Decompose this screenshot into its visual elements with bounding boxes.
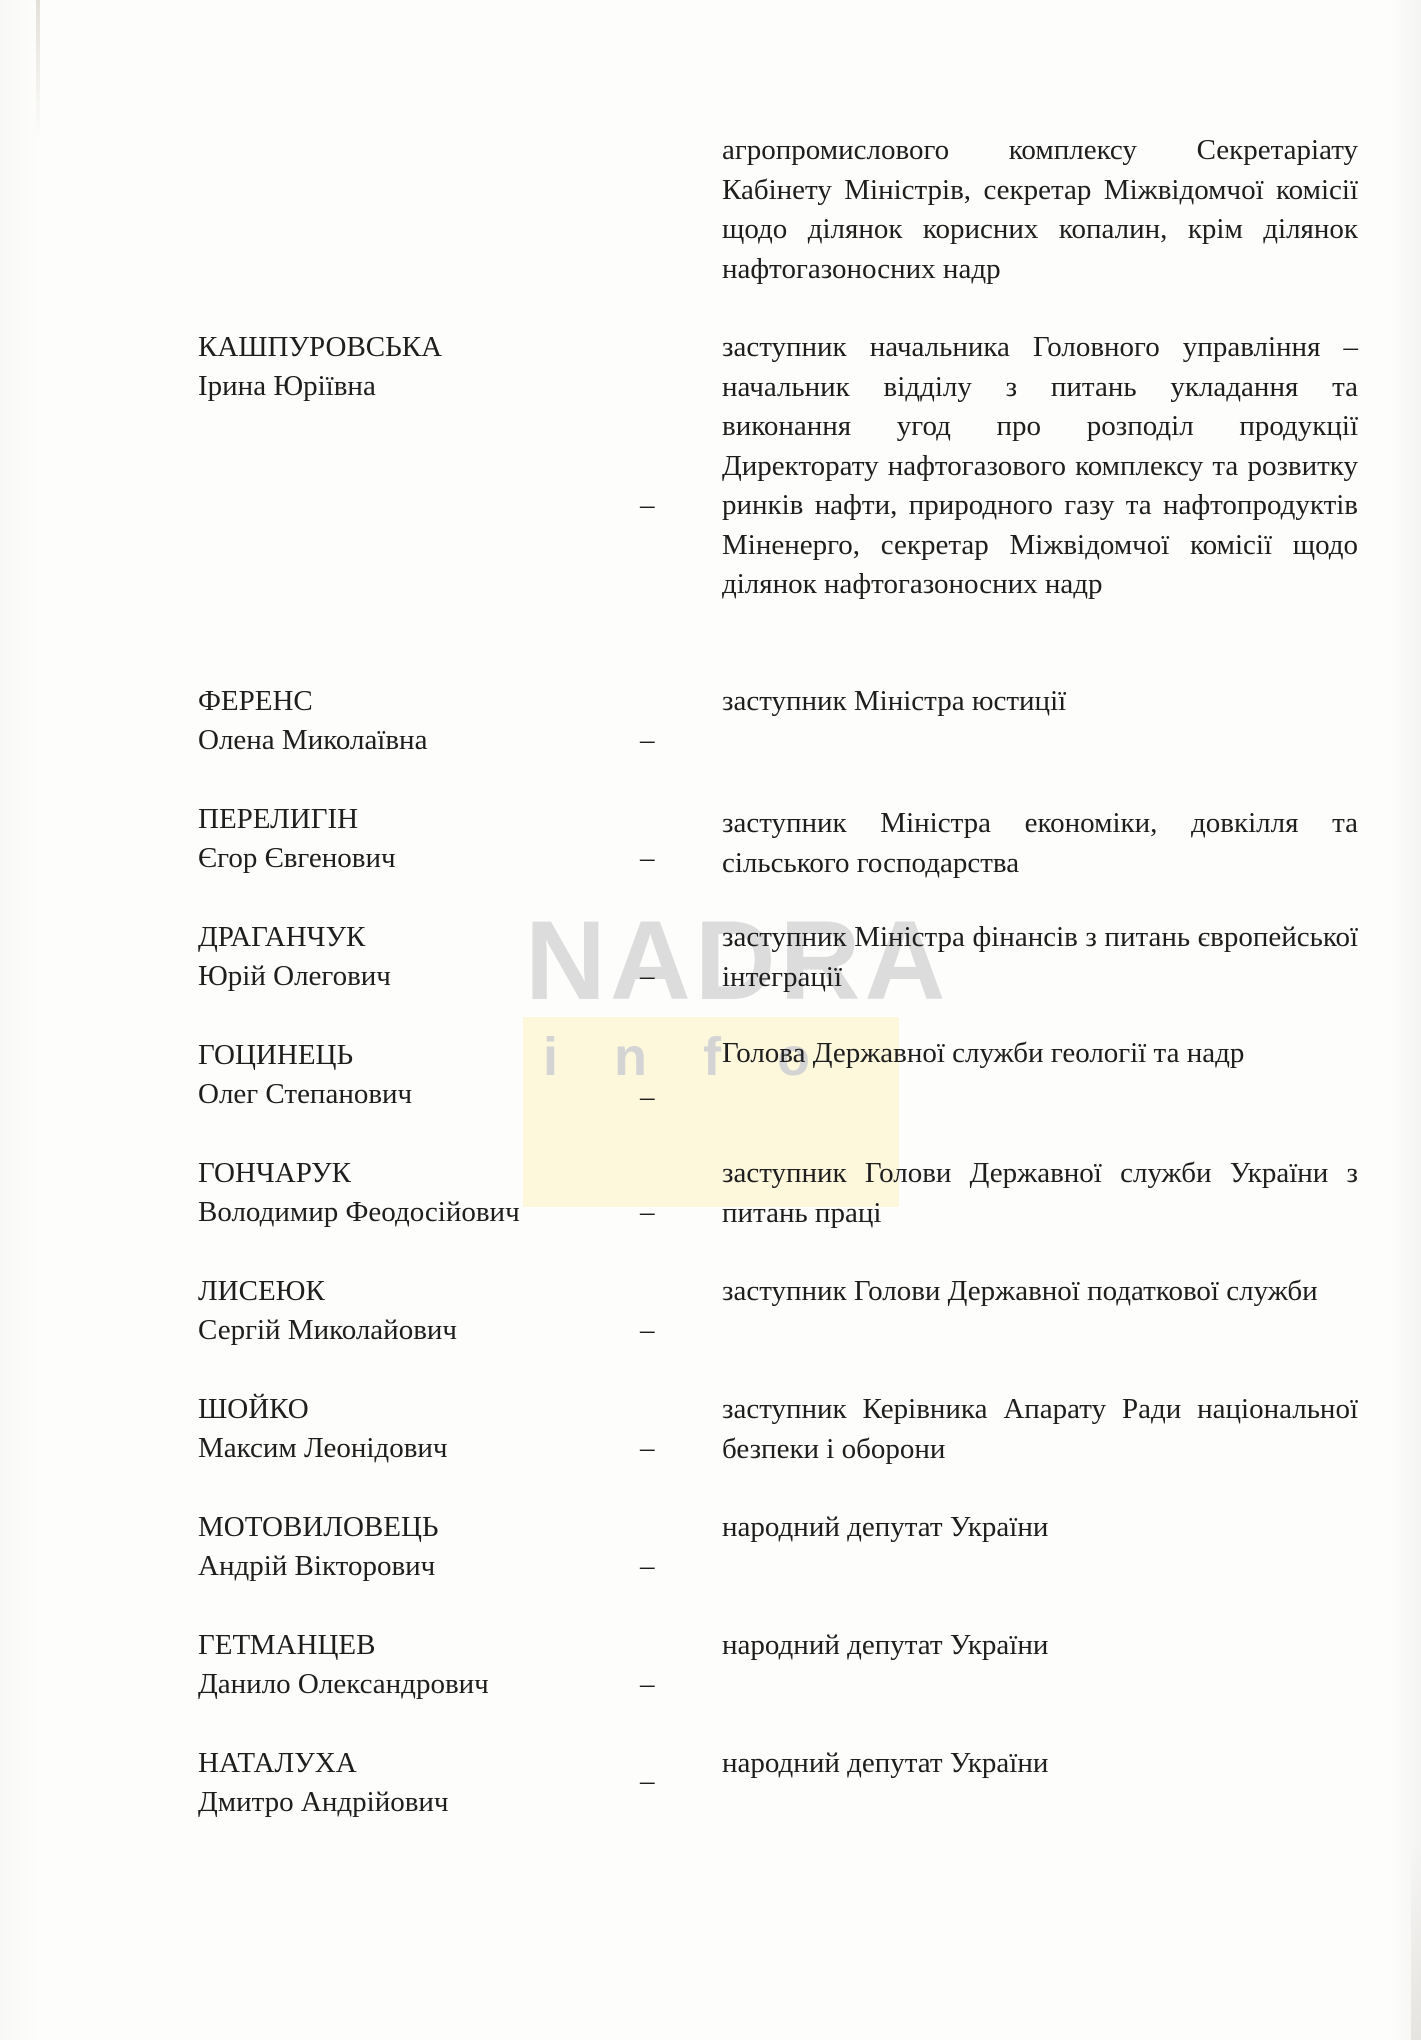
position-text: агропромислового комплексу Секретаріату … [722,131,1358,289]
dash-separator: – [640,486,655,525]
given-names: Олена Миколаївна [198,721,618,760]
given-names: Максим Леонідович [198,1429,618,1468]
given-names: Данило Олександрович [198,1665,618,1704]
given-names: Юрій Олегович [198,957,618,996]
paper-edge-shadow [1411,1840,1421,2040]
surname: ДРАГАНЧУК [198,918,618,957]
member-name: МОТОВИЛОВЕЦЬ Андрій Вікторович [198,1508,618,1586]
surname: ШОЙКО [198,1390,618,1429]
position-text: заступник Голови Державної служби Україн… [722,1154,1358,1233]
position-text: народний депутат України [722,1508,1358,1548]
member-name: НАТАЛУХА Дмитро Андрійович [198,1744,618,1822]
dash-separator: – [640,1429,655,1468]
member-name: ГЕТМАНЦЕВ Данило Олександрович [198,1626,618,1704]
member-name: ГОНЧАРУК Володимир Феодосійович [198,1154,618,1232]
given-names: Сергій Миколайович [198,1311,618,1350]
surname: ПЕРЕЛИГІН [198,800,618,839]
given-names: Андрій Вікторович [198,1547,618,1586]
member-name: ДРАГАНЧУК Юрій Олегович [198,918,618,996]
position-text: заступник Керівника Апарату Ради націона… [722,1390,1358,1469]
dash-separator: – [640,1193,655,1232]
surname: МОТОВИЛОВЕЦЬ [198,1508,618,1547]
dash-separator: – [640,1547,655,1586]
position-text: Голова Державної служби геології та надр [722,1034,1358,1074]
surname: НАТАЛУХА [198,1744,618,1783]
given-names: Олег Степанович [198,1075,618,1114]
surname: ЛИСЕЮК [198,1272,618,1311]
dash-separator: – [640,957,655,996]
dash-separator: – [640,721,655,760]
position-text: заступник Голови Державної податкової сл… [722,1272,1358,1312]
dash-separator: – [640,1762,655,1801]
surname: ГОЦИНЕЦЬ [198,1036,618,1075]
member-name: КАШПУРОВСЬКА Ірина Юріївна [198,328,618,406]
member-name: ЛИСЕЮК Сергій Миколайович [198,1272,618,1350]
paper-fold-shadow [36,0,40,140]
position-text: заступник Міністра фінансів з питань євр… [722,918,1358,997]
given-names: Дмитро Андрійович [198,1783,618,1822]
position-text: заступник Міністра юстиції [722,682,1358,722]
surname: ГЕТМАНЦЕВ [198,1626,618,1665]
dash-separator: – [640,839,655,878]
member-name: ФЕРЕНС Олена Миколаївна [198,682,618,760]
given-names: Єгор Євгенович [198,839,618,878]
dash-separator: – [640,1078,655,1117]
position-text: народний депутат України [722,1744,1358,1784]
given-names: Володимир Феодосійович [198,1193,618,1232]
position-text: заступник начальника Головного управлінн… [722,328,1358,605]
member-name: ПЕРЕЛИГІН Єгор Євгенович [198,800,618,878]
scanned-page: NADRA info агропромислового комплексу Се… [0,0,1421,2040]
member-name: ГОЦИНЕЦЬ Олег Степанович [198,1036,618,1114]
dash-separator: – [640,1665,655,1704]
position-text: народний депутат України [722,1626,1358,1666]
dash-separator: – [640,1311,655,1350]
given-names: Ірина Юріївна [198,367,618,406]
surname: КАШПУРОВСЬКА [198,328,618,367]
member-name: ШОЙКО Максим Леонідович [198,1390,618,1468]
surname: ФЕРЕНС [198,682,618,721]
surname: ГОНЧАРУК [198,1154,618,1193]
position-text: заступник Міністра економіки, довкілля т… [722,804,1358,883]
